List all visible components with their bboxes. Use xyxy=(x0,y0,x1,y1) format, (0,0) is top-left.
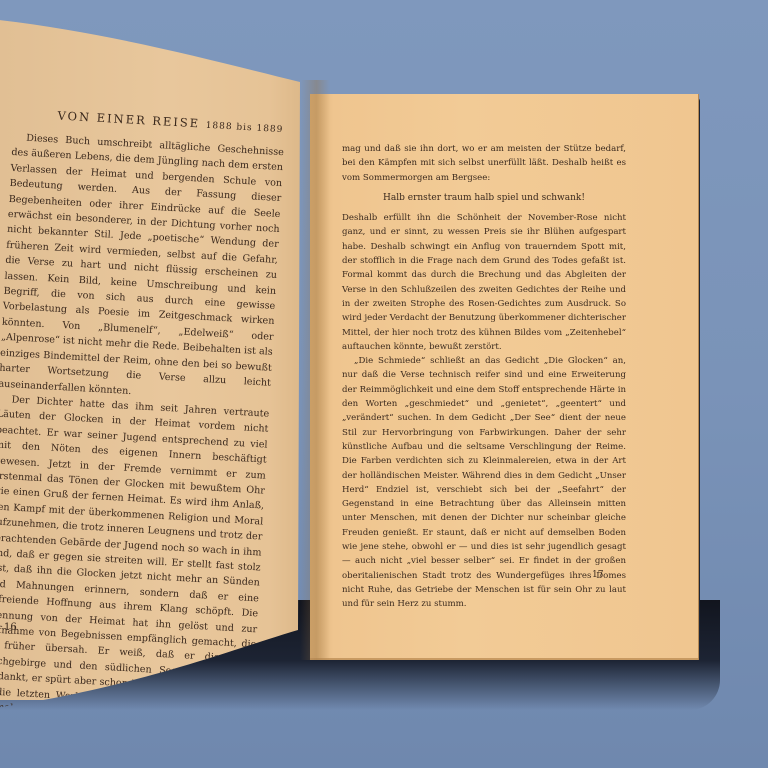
page-number-right: 17 xyxy=(592,570,603,580)
paragraph: Deshalb erfüllt ihn die Schönheit der No… xyxy=(342,211,626,354)
paragraph: Dieses Buch umschreibt alltägliche Gesch… xyxy=(0,130,284,407)
paragraph: „Die Schmiede“ schließt an das Gedicht „… xyxy=(342,354,626,611)
running-head-title: VON EINER REISE xyxy=(57,108,200,130)
gutter-shadow xyxy=(300,80,330,660)
right-page-text: mag und daß sie ihn dort, wo er am meist… xyxy=(342,142,626,612)
left-page: VON EINER REISE 1888 bis 1889 Dieses Buc… xyxy=(0,10,320,700)
page-number-left: 16 xyxy=(4,622,17,633)
verse-quote: Halb ernster traum halb spiel und schwan… xyxy=(342,191,626,205)
paragraph: mag und daß sie ihn dort, wo er am meist… xyxy=(342,142,626,185)
running-head: VON EINER REISE 1888 bis 1889 xyxy=(57,108,285,135)
left-page-text: Dieses Buch umschreibt alltägliche Gesch… xyxy=(0,130,284,730)
running-head-years: 1888 bis 1889 xyxy=(205,121,283,135)
right-page: mag und daß sie ihn dort, wo er am meist… xyxy=(310,94,698,660)
